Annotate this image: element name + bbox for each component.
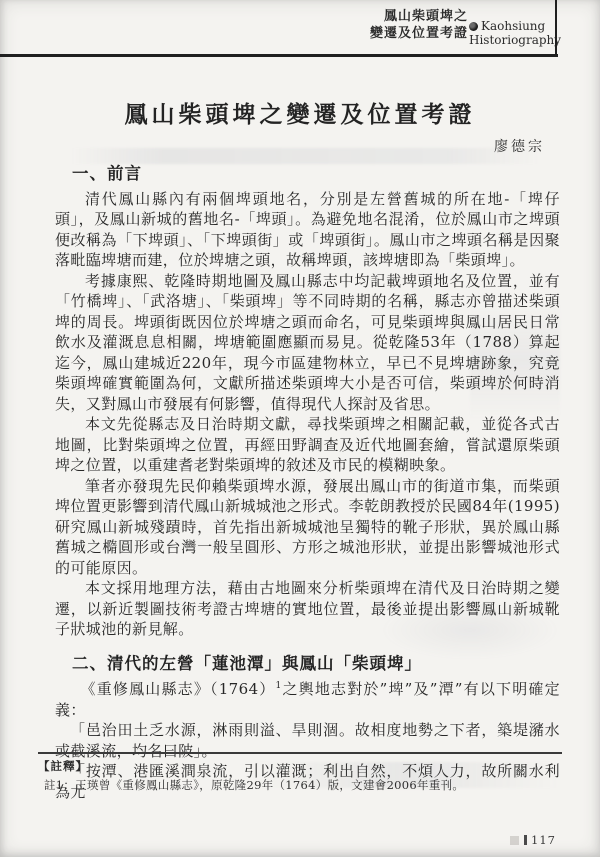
- article-body: 一、前言 清代鳳山縣內有兩個埤頭地名，分別是左營舊城的所在地-「埤仔頭」，及鳳山…: [55, 164, 560, 802]
- running-head-journal-title: 鳳山柴頭埤之 變遷及位置考證: [370, 8, 468, 42]
- page-number: 117: [531, 833, 556, 847]
- bleedthrough-mark: [510, 836, 519, 845]
- footnote-block: 【註釋】 註1：王瑛曾《重修鳳山縣志》，原乾隆29年（1764）版，文建會200…: [38, 752, 562, 793]
- footnote-item-1: 註1：王瑛曾《重修鳳山縣志》，原乾隆29年（1764）版，文建會2006年重刊。: [38, 777, 562, 793]
- paragraph: 考據康熙、乾隆時期地圖及鳳山縣志中均記載埤頭地名及位置，並有「竹橋埤」、「武洛塘…: [55, 271, 560, 415]
- paragraph: 本文先從縣志及日治時期文獻，尋找柴頭埤之相關記載，並從各式古地圖，比對柴頭埤之位…: [55, 414, 560, 476]
- journal-logo-row2: Historiography: [469, 33, 555, 47]
- bleedthrough-smudge: [70, 148, 540, 164]
- section-heading-1: 一、前言: [55, 164, 560, 185]
- article-author: 廖德宗: [494, 136, 545, 156]
- scanned-journal-page: 鳳山柴頭埤之 變遷及位置考證 Kaohsiung Historiography …: [0, 0, 600, 857]
- paragraph: 清代鳳山縣內有兩個埤頭地名，分別是左營舊城的所在地-「埤仔頭」，及鳳山新城的舊地…: [55, 189, 560, 271]
- article-title: 鳳山柴頭埤之變遷及位置考證: [0, 96, 600, 129]
- paragraph-with-footnote-ref: 《重修鳳山縣志》（1764）1之輿地志對於”埤”及”潭”有以下明確定義：: [55, 679, 560, 720]
- running-head-line1: 鳳山柴頭埤之: [370, 8, 468, 25]
- page-number-bar-icon: [524, 835, 527, 845]
- paragraph: 筆者亦發現先民仰賴柴頭埤水源，發展出鳳山市的街道市集，而柴頭埤位置更影響到清代鳳…: [55, 476, 560, 579]
- header-vertical-rule: [555, 0, 557, 57]
- journal-logo-row1: Kaohsiung: [469, 19, 555, 33]
- journal-logo-text-line2: Historiography: [469, 33, 561, 47]
- footnote-heading: 【註釋】: [38, 758, 562, 774]
- journal-logo: Kaohsiung Historiography: [469, 19, 555, 47]
- intro-text-pre: 《重修鳳山縣志》（1764）: [81, 680, 276, 698]
- header-horizontal-rule: [0, 54, 558, 57]
- page-number-area: 117: [510, 833, 556, 847]
- journal-logo-text-line1: Kaohsiung: [481, 19, 545, 33]
- running-head-line2: 變遷及位置考證: [370, 25, 468, 42]
- section-heading-2: 二、清代的左營「蓮池潭」與鳳山「柴頭埤」: [55, 654, 560, 675]
- paragraph: 本文採用地理方法，藉由古地圖來分析柴頭埤在清代及日治時期之變遷，以新近製圖技術考…: [55, 578, 560, 640]
- journal-emblem-icon: [469, 22, 478, 31]
